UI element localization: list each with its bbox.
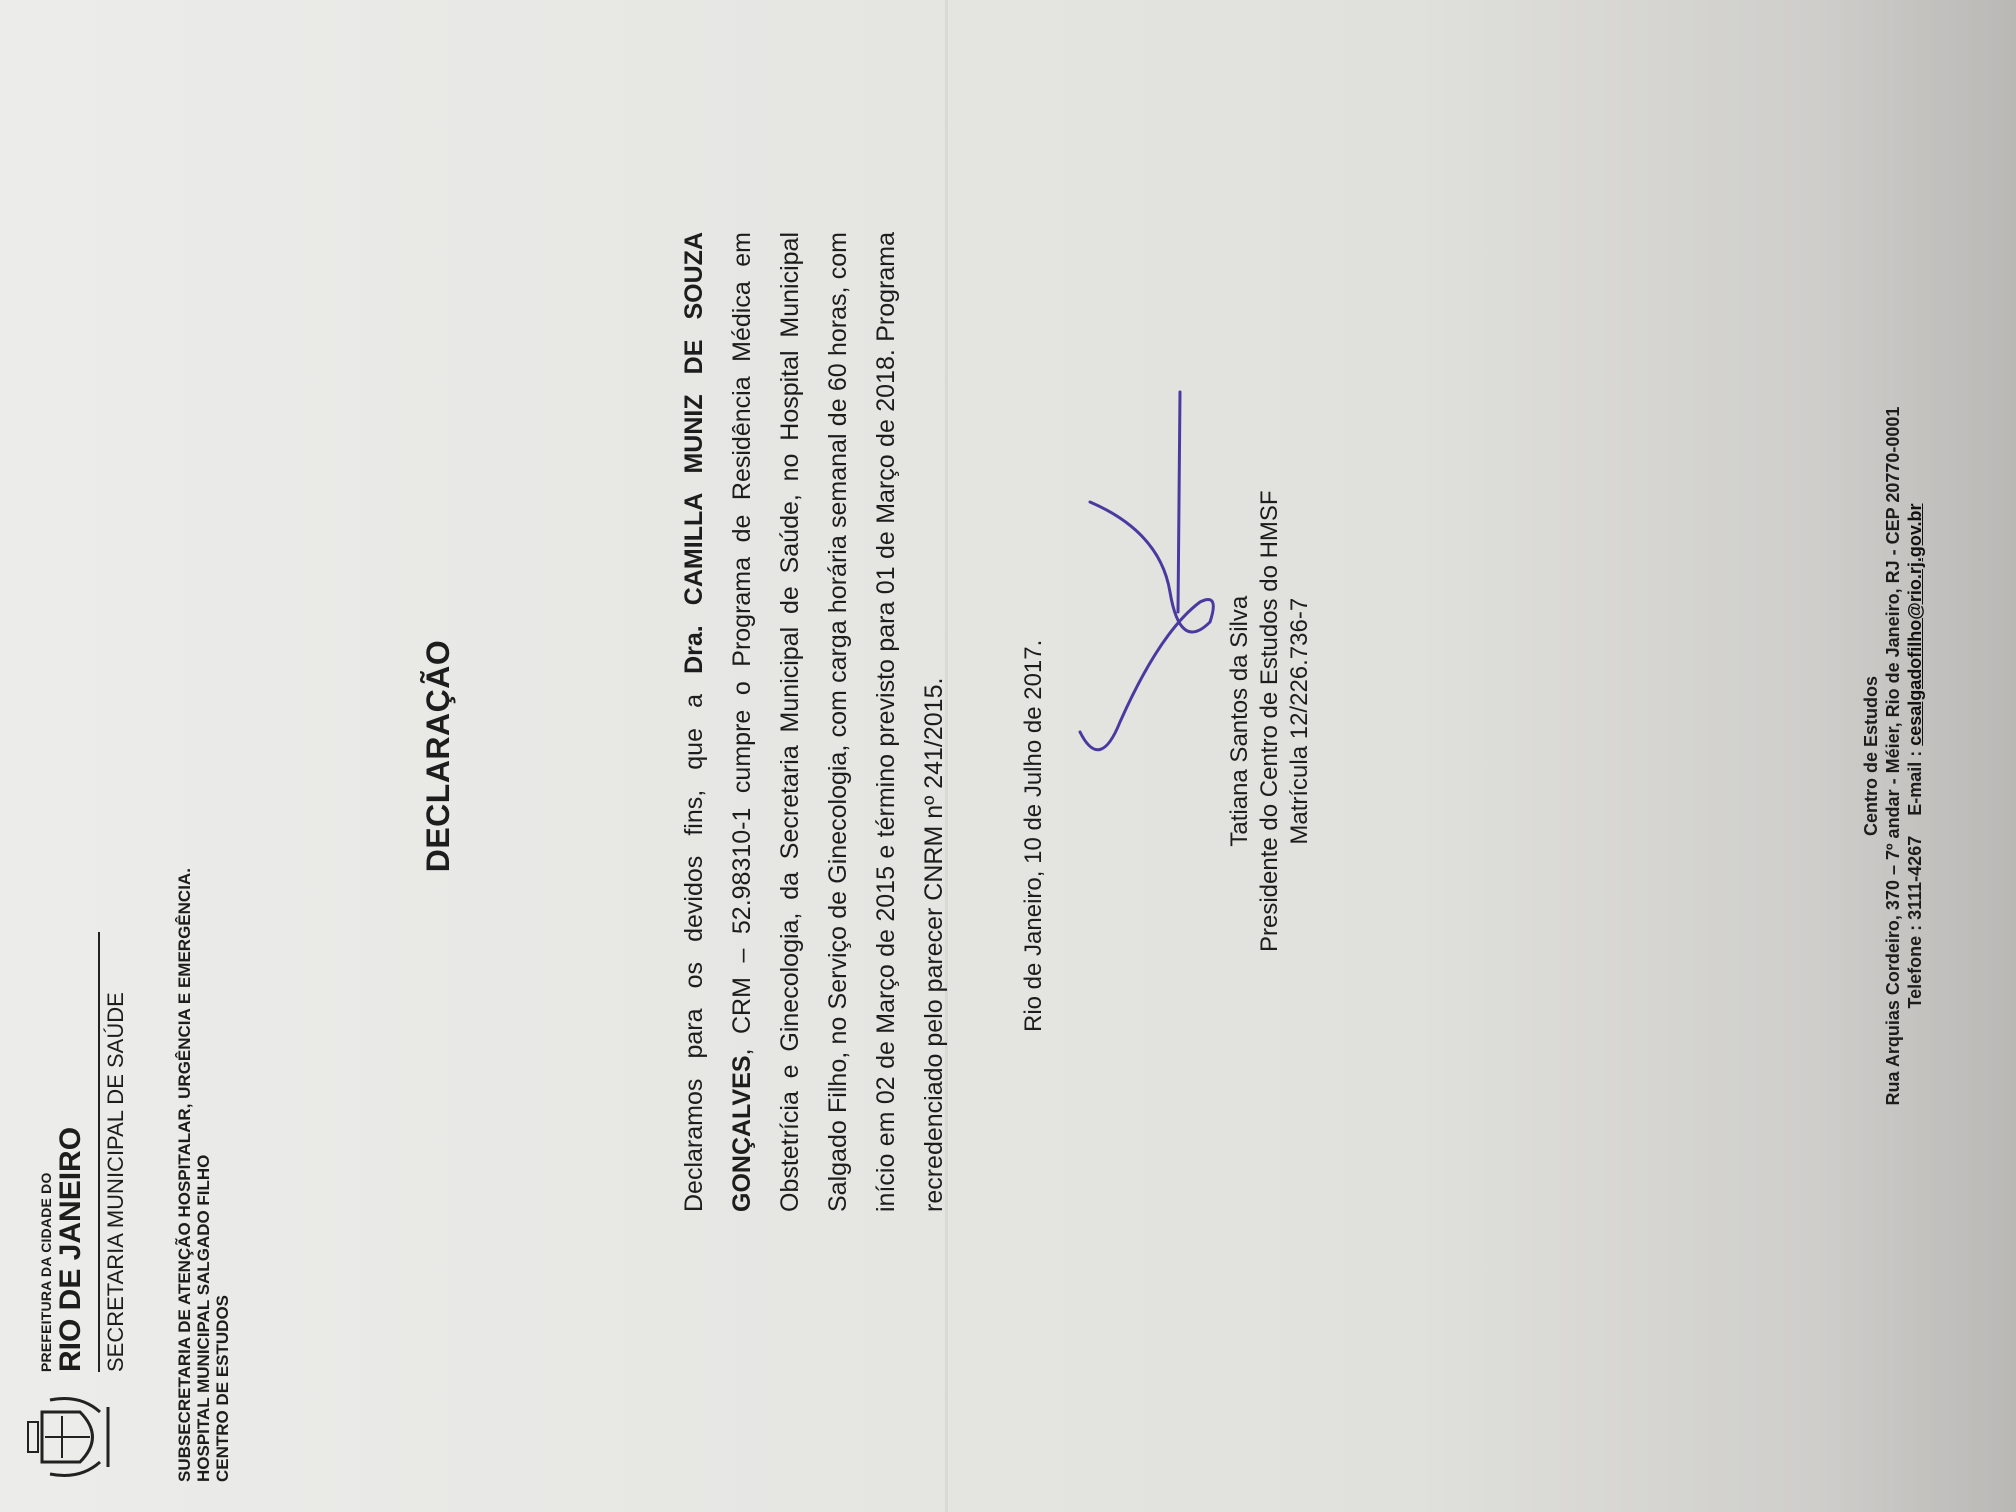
signatory-name: Tatiana Santos da Silva <box>1225 490 1255 952</box>
signatory-block: Tatiana Santos da Silva Presidente do Ce… <box>1225 490 1315 952</box>
date-line: Rio de Janeiro, 10 de Julho de 2017. <box>1020 640 1048 1032</box>
footer-email-link[interactable]: cesalgadofilho@rio.rj.gov.br <box>1905 503 1925 745</box>
body-intro: Declaramos para os devidos fins, que a <box>680 674 708 1212</box>
signatory-registration: Matrícula 12/226.736-7 <box>1285 490 1315 952</box>
secretaria-name: SECRETARIA MUNICIPAL DE SAÚDE <box>103 992 129 1372</box>
prefeitura-label: PREFEITURA DA CIDADE DO <box>38 1172 54 1372</box>
footer-address: Rua Arquias Cordeiro, 370 – 7º andar - M… <box>1882 0 1904 1512</box>
footer: Centro de Estudos Rua Arquias Cordeiro, … <box>1860 0 1926 1512</box>
handwritten-signature-icon <box>1060 372 1240 792</box>
body-rest: , CRM – 52.98310-1 cumpre o Programa de … <box>728 232 948 1212</box>
city-name: RIO DE JANEIRO <box>54 1127 88 1372</box>
footer-phone: Telefone : 3111-4267 <box>1905 836 1925 1009</box>
footer-email-label: E-mail : <box>1905 746 1925 816</box>
department-line: CENTRO DE ESTUDOS <box>213 868 232 1482</box>
declaration-body: Declaramos para os devidos fins, que a D… <box>670 232 958 1212</box>
document-title: DECLARAÇÃO <box>420 0 457 1512</box>
subsecretaria-line: SUBSECRETARIA DE ATENÇÃO HOSPITALAR, URG… <box>175 868 194 1482</box>
institution-block: SUBSECRETARIA DE ATENÇÃO HOSPITALAR, URG… <box>175 868 232 1482</box>
footer-contact: Telefone : 3111-4267 E-mail : cesalgadof… <box>1904 0 1926 1512</box>
city-coat-of-arms-icon <box>20 1392 120 1482</box>
declaration-page: PREFEITURA DA CIDADE DO RIO DE JANEIRO S… <box>0 0 2016 1512</box>
header-divider <box>98 932 100 1372</box>
doctor-prefix: Dra. <box>680 605 708 674</box>
signatory-role: Presidente do Centro de Estudos do HMSF <box>1255 490 1285 952</box>
footer-department: Centro de Estudos <box>1860 0 1882 1512</box>
hospital-line: HOSPITAL MUNICIPAL SALGADO FILHO <box>194 868 213 1482</box>
